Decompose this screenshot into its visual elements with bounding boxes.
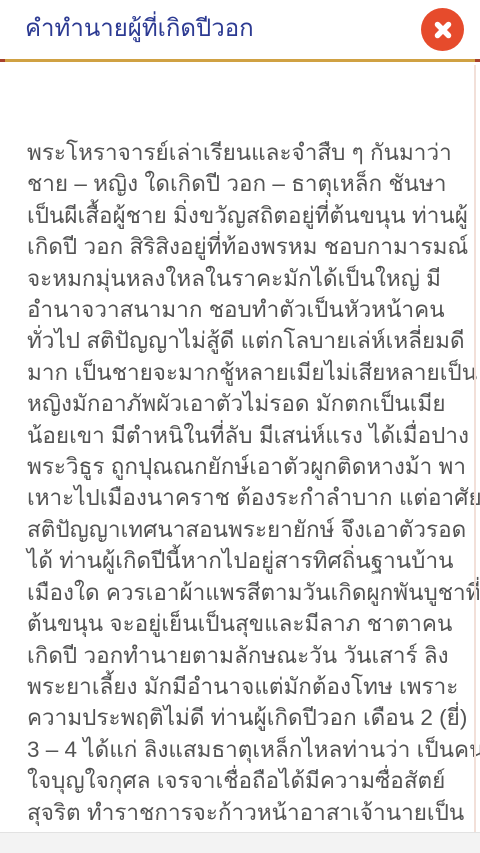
text-line: มาก เป็นชายจะมากชู้หลายเมียไม่เสียหลายเป… xyxy=(27,357,458,388)
text-line: เกิดปี วอก สิริสิงอยู่ที่ท้องพรหม ชอบกาม… xyxy=(27,231,458,262)
close-icon xyxy=(431,18,455,42)
page-title: คำทำนายผู้ที่เกิดปีวอก xyxy=(25,15,254,44)
text-line: พระยาเลี้ยง มักมีอำนาจแต่มักต้องโทษ เพรา… xyxy=(27,671,458,702)
dialog-header: คำทำนายผู้ที่เกิดปีวอก xyxy=(0,0,480,62)
scrollbar-track xyxy=(474,65,476,832)
text-line: ความประพฤติไม่ดี ท่านผู้เกิดปีวอก เดือน … xyxy=(27,702,458,733)
close-button[interactable] xyxy=(421,8,464,51)
text-line: น้อยเขา มีตำหนิในที่ลับ มีเสน่ห์แรง ได้เ… xyxy=(27,420,458,451)
text-line: 3 – 4 ได้แก่ ลิงแสมธาตุเหล็กไหลท่านว่า เ… xyxy=(27,734,458,765)
text-line: ทั่วไป สติปัญญาไม่สู้ดี แต่กโลบายเล่ห์เห… xyxy=(27,325,458,356)
text-line: เมืองใด ควรเอาผ้าแพรสีตามวันเกิดผูกพันบู… xyxy=(27,577,458,608)
text-line: เกิดปี วอกทำนายตามลักษณะวัน วันเสาร์ ลิง xyxy=(27,640,458,671)
text-line: อำนาจวาสนามาก ชอบทำตัวเป็นหัวหน้าคน xyxy=(27,294,458,325)
text-line: ชาย – หญิง ใดเกิดปี วอก – ธาตุเหล็ก ชันษ… xyxy=(27,168,458,199)
text-line: ได้ ท่านผู้เกิดปีนี้หากไปอยู่สารทิศถิ่นฐ… xyxy=(27,545,458,576)
text-line: หญิงมักอาภัพผัวเอาตัวไม่รอด มักตกเป็นเมี… xyxy=(27,388,458,419)
fortune-text: พระโหราจารย์เล่าเรียนและจำสืบ ๆ กันมาว่า… xyxy=(0,65,480,832)
text-line: ใจบุญใจกุศล เจรจาเชื่อถือได้มีความซื่อสั… xyxy=(27,765,458,796)
text-line: ต้นขนุน จะอยู่เย็นเป็นสุขและมีลาภ ชาตาคน xyxy=(27,608,458,639)
footer-band xyxy=(0,832,480,853)
text-line: พระโหราจารย์เล่าเรียนและจำสืบ ๆ กันมาว่า xyxy=(27,137,458,168)
text-line: เหาะไปเมืองนาคราช ต้องระกำลำบาก แต่อาศัย xyxy=(27,482,458,513)
text-line: จะหมกมุ่นหลงใหลในราคะมักได้เป็นใหญ่ มี xyxy=(27,263,458,294)
text-line: พระวิธูร ถูกปุณณกยักษ์เอาตัวผูกติดหางม้า… xyxy=(27,451,458,482)
text-line: เป็นผีเสื้อผู้ชาย มิ่งขวัญสถิตอยู่ที่ต้น… xyxy=(27,200,458,231)
text-line: สติปัญญาเทศนาสอนพระยายักษ์ จึงเอาตัวรอด xyxy=(27,514,458,545)
text-line: สุจริต ทำราชการจะก้าวหน้าอาสาเจ้านายเป็น xyxy=(27,797,458,828)
